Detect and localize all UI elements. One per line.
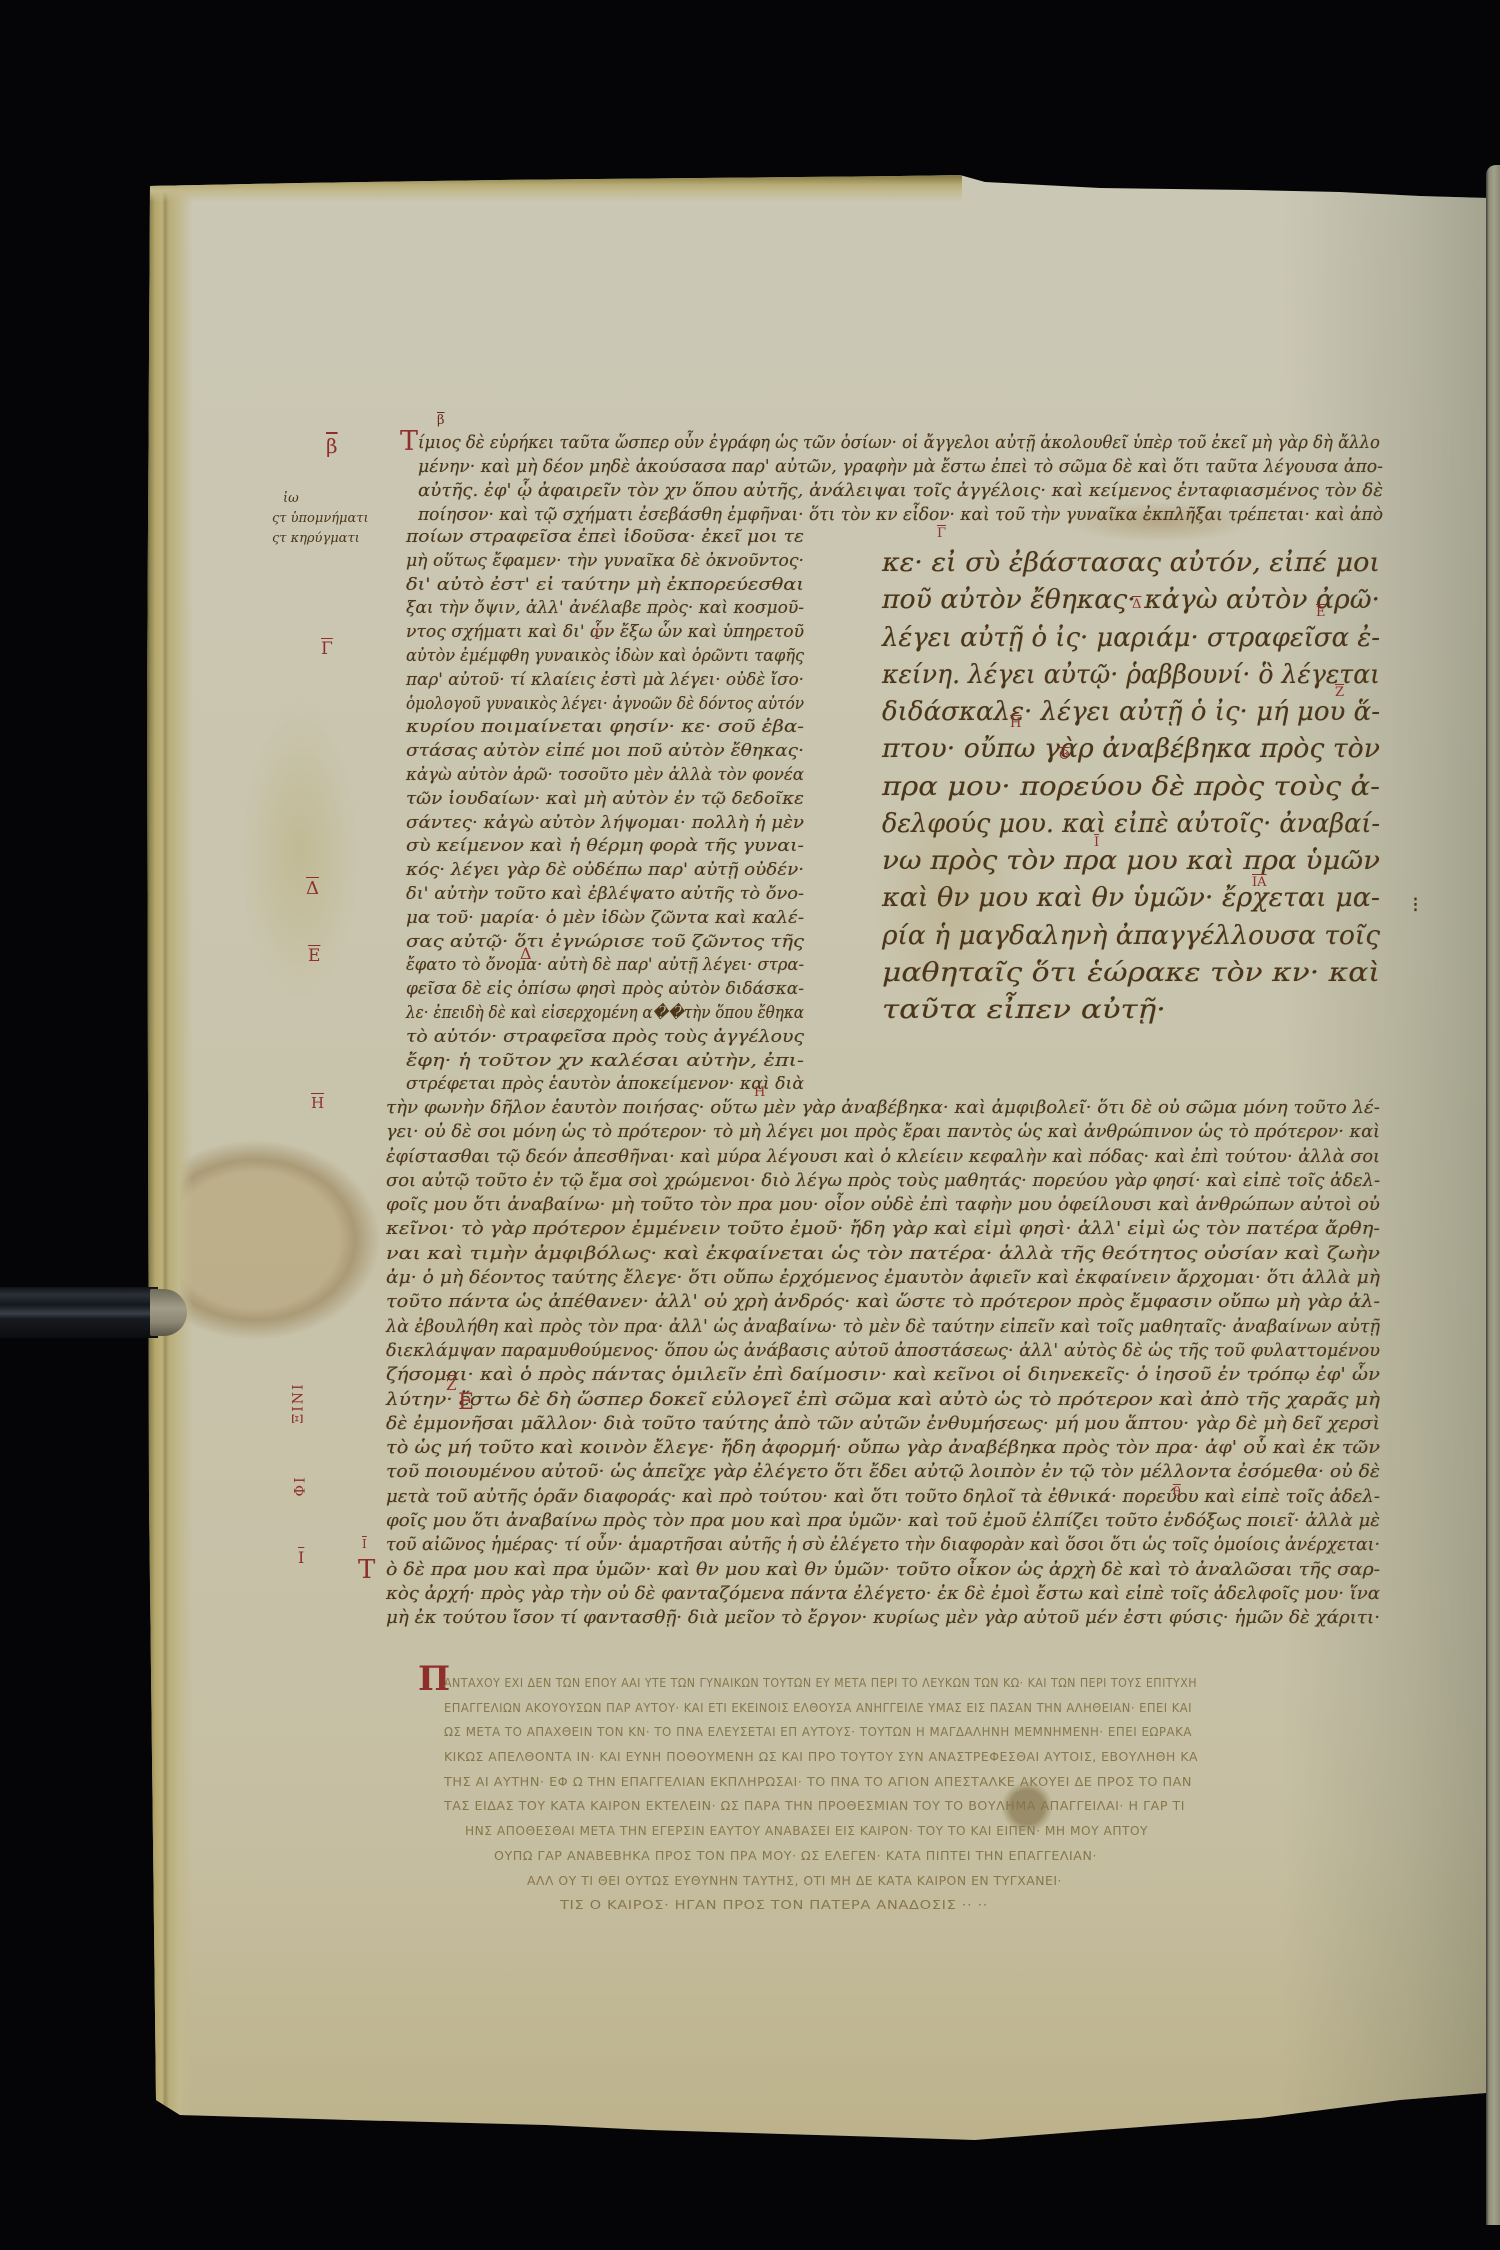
initial-tau-rubric: Τ: [400, 428, 418, 455]
uncial-line: ΕΠΑΓΓΕΛΙΩΝ ΑΚΟΥΟΥΣΩΝ ΠΑΡ ΑΥΤΟΥ· ΚΑΙ ΕΤΙ …: [444, 1696, 1192, 1721]
line-text: μὴ οὕτως ἔφαμεν· τὴν γυναῖκα δὲ ὀκνοῦντο…: [406, 549, 804, 573]
line-text: κε· εἰ σὺ ἐβάστασας αὐτόν, εἰπέ μοι: [882, 545, 1380, 582]
verse-mark: Γ: [937, 527, 946, 540]
text-line: παρ' αὐτοῦ· τί κλαίεις ἐστὶ μὰ λέγει· οὐ…: [406, 668, 804, 692]
margin-vertical-mark: ΞΙΝΙ: [292, 1382, 306, 1423]
line-text: πρα μου· πορεύου δὲ πρὸς τοὺς ἀ-: [882, 769, 1380, 806]
line-text: ποίων στραφεῖσα ἐπεὶ ἰδοῦσα· ἐκεῖ μοι τε: [406, 525, 804, 549]
book-weight-rod: [0, 1287, 158, 1338]
uncial-line: ΤΗΣ ΑΙ ΑΥΤΗΝ· ΕΦ Ω ΤΗΝ ΕΠΑΓΓΕΛΙΑΝ ΕΚΠΛΗΡ…: [444, 1770, 1192, 1795]
text-line: ποίων στραφεῖσα ἐπεὶ ἰδοῦσα· ἐκεῖ μοι τε: [406, 525, 804, 549]
line-text: κεῖνοι· τὸ γὰρ πρότερον ἐμμένειν τοῦτο ἐ…: [386, 1217, 1380, 1241]
line-text: ἔφατο τὸ ὄνομα· αὐτὴ δὲ παρ' αὐτῇ λέγει·…: [406, 953, 804, 977]
line-text: κὸς ἀρχή· πρὸς γὰρ τὴν οὐ δὲ φανταζόμενα…: [386, 1582, 1380, 1606]
line-text: ἔφη· ἡ τοῦτον χν καλέσαι αὐτὴν, ἐπι-: [406, 1049, 804, 1073]
text-line: ντος σχήματι καὶ δι' ὧν ἔξω ὧν καὶ ὑπηρε…: [406, 620, 804, 644]
verse-mark: Ε: [1316, 606, 1326, 619]
line-text: μα τοῦ· μαρία· ὁ μὲν ἰδὼν ζῶντα καὶ καλέ…: [406, 906, 804, 930]
text-line: μα τοῦ· μαρία· ὁ μὲν ἰδὼν ζῶντα καὶ καλέ…: [406, 906, 804, 930]
uncial-line: ΩΣ ΜΕΤΑ ΤΟ ΑΠΑΧΘΕΙΝ ΤΟΝ ΚΝ· ΤΟ ΠΝΑ ΕΛΕΥΣ…: [444, 1720, 1192, 1745]
text-line: τοῦ αἰῶνος ἡμέρας· τί οὖν· ἁμαρτῆσαι αὐτ…: [386, 1533, 1380, 1557]
margin-note-line: ςτ ὑπομνήματι: [272, 512, 369, 525]
line-text: τοῦ ποιουμένου αὐτοῦ· ὡς ἀπεῖχε γὰρ ἐλέγ…: [386, 1460, 1380, 1484]
text-line: ποίησον· καὶ τῷ σχήματι ἐσεβάσθη ἐμφῆναι…: [418, 503, 1383, 527]
text-line: ἔφη· ἡ τοῦτον χν καλέσαι αὐτὴν, ἐπι-: [406, 1049, 804, 1073]
text-line: διεκλάμψαν παραμυθούμενος· ὅπου ὡς ἀνάβα…: [386, 1339, 1380, 1363]
line-text: μετὰ τοῦ αὐτῆς ὁρᾶν διαφοράς· καὶ πρὸ το…: [386, 1485, 1380, 1509]
line-text: δὲ ἐμμονῆσαι μᾶλλον· διὰ τοῦτο ταύτης ἀπ…: [386, 1412, 1380, 1436]
line-text: νω πρὸς τὸν πρα μου καὶ πρα ὑμῶν: [882, 843, 1380, 880]
line-text: ΕΠΑΓΓΕΛΙΩΝ ΑΚΟΥΟΥΣΩΝ ΠΑΡ ΑΥΤΟΥ· ΚΑΙ ΕΤΙ …: [444, 1696, 1192, 1721]
line-text: μαθηταῖς ὅτι ἑώρακε τὸν κν· καὶ: [882, 955, 1380, 992]
line-text: στάσας αὐτὸν εἰπέ μοι ποῦ αὐτὸν ἔθηκας·: [406, 739, 804, 763]
line-text: δι' αὐτὸ ἐστ' εἰ ταύτην μὴ ἐκπορεύεσθαι: [406, 573, 804, 597]
uncial-line: ΑΛΛ ΟΥ ΤΙ ΘΕΙ ΟΥΤΩΣ ΕΥΘΥΝΗΝ ΤΑΥΤΗΣ, ΟΤΙ …: [527, 1869, 1062, 1894]
text-line: δι' αὐτὴν τοῦτο καὶ ἐβλέψατο αὐτῆς τὸ ὄν…: [406, 882, 804, 906]
margin-note-line: ἰω: [283, 492, 299, 505]
initial-tau-lower: Τ: [358, 1557, 375, 1583]
line-text: δελφούς μου. καὶ εἰπὲ αὐτοῖς· ἀναβαί-: [882, 806, 1380, 843]
line-text: φοῖς μου ὅτι ἀναβαίνω πρὸς τὸν πρα μου κ…: [386, 1509, 1380, 1533]
text-line: τοῦ ποιουμένου αὐτοῦ· ὡς ἀπεῖχε γὰρ ἐλέγ…: [386, 1460, 1380, 1484]
text-line: κε· εἰ σὺ ἐβάστασας αὐτόν, εἰπέ μοι: [882, 545, 1380, 582]
line-text: λύτην· ἔστω δὲ δὴ ὥσπερ δοκεῖ εὐλογεῖ ἐπ…: [386, 1388, 1380, 1412]
line-text: ζήσομαι· καὶ ὁ πρὸς πάντας ὁμιλεῖν ἐπὶ δ…: [386, 1363, 1380, 1387]
line-text: ρία ἡ μαγδαληνὴ ἀπαγγέλλουσα τοῖς: [882, 918, 1380, 955]
line-text: κυρίου ποιμαίνεται φησίν· κε· σοῦ ἐβα-: [406, 715, 804, 739]
line-text: ποῦ αὐτὸν ἔθηκας· κἀγὼ αὐτὸν ἀρῶ·: [882, 582, 1380, 619]
text-line: ναι καὶ τιμὴν ἀμφιβόλως· καὶ ἐκφαίνεται …: [386, 1242, 1380, 1266]
line-text: κἀγὼ αὐτὸν ἀρῶ· τοσοῦτο μὲν ἀλλὰ τὸν φον…: [406, 763, 804, 787]
line-text: διδάσκαλε· λέγει αὐτῇ ὁ ἰς· μή μου ἅ-: [882, 694, 1380, 731]
line-text: ΚΙΚΩΣ ΑΠΕΛΘΟΝΤΑ ΙΝ· ΚΑΙ ΕΥΝΗ ΠΟΘΟΥΜΕΝΗ Ω…: [444, 1745, 1198, 1770]
line-text: καὶ θν μου καὶ θν ὑμῶν· ἔρχεται μα-: [882, 880, 1380, 917]
line-text: ΑΝΤΑΧΟΥ ΕΧΙ ΔΕΝ ΤΩΝ ΕΠΟΥ ΑΑΙ ΥΤΕ ΤΩΝ ΓΥΝ…: [444, 1671, 1197, 1696]
line-text: διεκλάμψαν παραμυθούμενος· ὅπου ὡς ἀνάβα…: [386, 1339, 1380, 1363]
line-text: ΗΝΣ ΑΠΟΘΕΣΘΑΙ ΜΕΤΑ ΤΗΝ ΕΓΕΡΣΙΝ ΕΑΥΤΟΥ ΑΝ…: [465, 1819, 1148, 1844]
line-text: τὸ αὐτόν· στραφεῖσα πρὸς τοὺς ἀγγέλους: [406, 1025, 804, 1049]
margin-section-mark-epsilon: Ε: [308, 948, 320, 965]
text-line: κυρίου ποιμαίνεται φησίν· κε· σοῦ ἐβα-: [406, 715, 804, 739]
verse-mark: Η: [1010, 717, 1021, 730]
text-line: λε· ἐπειδὴ δὲ καὶ εἰσερχομένη α��τὴν ὅπο…: [406, 1001, 804, 1025]
line-text: στρέφεται πρὸς ἑαυτὸν ἀποκείμενον· καὶ δ…: [406, 1072, 804, 1096]
text-line: ρία ἡ μαγδαληνὴ ἀπαγγέλλουσα τοῖς: [882, 918, 1380, 955]
text-line: σάντες· κἀγὼ αὐτὸν λήψομαι· πολλὴ ἡ μὲν: [406, 811, 804, 835]
text-line: καὶ θν μου καὶ θν ὑμῶν· ἔρχεται μα-: [882, 880, 1380, 917]
leaf-edge-left: [147, 170, 193, 2130]
line-text: φοῖς μου ὅτι ἀναβαίνω· μὴ τοῦτο τὸν πρα …: [386, 1193, 1380, 1217]
text-line: λὰ ἐβουλήθη καὶ πρὸς τὸν πρα· ἀλλ' ὡς ἀν…: [386, 1315, 1380, 1339]
right-margin-mark: ⁝: [1412, 895, 1419, 917]
inline-rubric-theta: θ: [1173, 1486, 1181, 1499]
text-line: φεῖσα δὲ εἰς ὀπίσω φησὶ πρὸς αὐτὸν διδάσ…: [406, 977, 804, 1001]
margin-section-mark-delta: Δ: [306, 880, 319, 898]
inline-rubric-gamma: Γ: [594, 628, 604, 642]
text-line: πτου· οὔπω γὰρ ἀναβέβηκα πρὸς τὸν: [882, 731, 1380, 768]
text-line: τῶν ἰουδαίων· καὶ μὴ αὐτὸν ἐν τῷ δεδοῖκε: [406, 787, 804, 811]
commentary-lower-block: τὴν φωνὴν δῆλον ἑαυτὸν ποιήσας· οὕτω μὲν…: [386, 1096, 1380, 1631]
line-text: ΟΥΠΩ ΓΑΡ ΑΝΑΒΕΒΗΚΑ ΠΡΟΣ ΤΟΝ ΠΡΑ ΜΟΥ· ΩΣ …: [494, 1844, 1097, 1869]
line-text: σὺ κείμενον καὶ ἡ θέρμη φορὰ τῆς γυναι-: [406, 834, 804, 858]
commentary-top-block: ίμιος δὲ εὑρήκει ταῦτα ὥσπερ οὖν ἐγράφη …: [418, 431, 1383, 527]
text-line: πρα μου· πορεύου δὲ πρὸς τοὺς ἀ-: [882, 769, 1380, 806]
line-text: ταῦτα εἶπεν αὐτῇ·: [882, 992, 1166, 1029]
line-text: μὴ ἐκ τούτου ἴσον τί φαντασθῇ· διὰ μεῖον…: [386, 1606, 1380, 1630]
inline-rubric-epsilon: Ε: [458, 1392, 474, 1414]
line-text: ναι καὶ τιμὴν ἀμφιβόλως· καὶ ἐκφαίνεται …: [386, 1242, 1380, 1266]
text-line: σοι αὐτῷ τοῦτο ἐν τῷ ἔμα σοὶ χρώμενοι· δ…: [386, 1169, 1380, 1193]
uncial-line: ΤΑΣ ΕΙΔΑΣ ΤΟΥ ΚΑΤΑ ΚΑΙΡΟΝ ΕΚΤΕΛΕΙΝ· ΩΣ Π…: [444, 1794, 1185, 1819]
text-line: σὺ κείμενον καὶ ἡ θέρμη φορὰ τῆς γυναι-: [406, 834, 804, 858]
text-line: τοῦτο πάντα ὡς ἀπέθανεν· ἀλλ' οὐ χρὴ ἀνδ…: [386, 1290, 1380, 1314]
uncial-line: ΑΝΤΑΧΟΥ ΕΧΙ ΔΕΝ ΤΩΝ ΕΠΟΥ ΑΑΙ ΥΤΕ ΤΩΝ ΓΥΝ…: [444, 1671, 1197, 1696]
line-text: ίμιος δὲ εὑρήκει ταῦτα ὥσπερ οὖν ἐγράφη …: [418, 431, 1380, 455]
line-text: γει· οὐ δὲ σοι μόνη ὡς τὸ πρότερον· τὸ μ…: [386, 1120, 1380, 1144]
next-leaf-edge: [1486, 165, 1500, 2225]
line-text: ποίησον· καὶ τῷ σχήματι ἐσεβάσθη ἐμφῆναι…: [418, 503, 1383, 527]
line-text: κείνη. λέγει αὐτῷ· ῥαββουνί· ὃ λέγεται: [882, 657, 1380, 694]
line-text: πτου· οὔπω γὰρ ἀναβέβηκα πρὸς τὸν: [882, 731, 1380, 768]
line-text: τοῦτο πάντα ὡς ἀπέθανεν· ἀλλ' οὐ χρὴ ἀνδ…: [386, 1290, 1380, 1314]
text-line: λέγει αὐτῇ ὁ ἰς· μαριάμ· στραφεῖσα ἐ-: [882, 620, 1380, 657]
manuscript-photograph: β ἰω ςτ ὑπομνήματι ςτ κηρύγματι Γ Δ Ε Η …: [0, 0, 1500, 2250]
text-line: ζήσομαι· καὶ ὁ πρὸς πάντας ὁμιλεῖν ἐπὶ δ…: [386, 1363, 1380, 1387]
line-text: τὸ ὡς μή τοῦτο καὶ κοινὸν ἔλεγε· ἤδη ἀφο…: [386, 1436, 1380, 1460]
inline-rubric-delta: Δ: [520, 946, 532, 962]
text-line: κός· λέγει γὰρ δὲ οὐδέπω παρ' αὐτῇ οὐδέν…: [406, 858, 804, 882]
text-line: δι' αὐτὸ ἐστ' εἰ ταύτην μὴ ἐκπορεύεσθαι: [406, 573, 804, 597]
text-line: ὁμολογοῦ γυναικὸς λέγει· ἀγνοῶν δὲ δόντο…: [406, 692, 804, 716]
text-line: φοῖς μου ὅτι ἀναβαίνω· μὴ τοῦτο τὸν πρα …: [386, 1193, 1380, 1217]
leaf-edge-top: [147, 172, 962, 202]
text-line: ἀμ· ὁ μὴ δέοντος ταύτης ἔλεγε· ὅτι οὔπω …: [386, 1266, 1380, 1290]
line-text: σας αὐτῷ· ὅτι ἐγνώρισε τοῦ ζῶντος τῆς: [406, 930, 804, 954]
text-line: ξαι τὴν ὄψιν, ἀλλ' ἀνέλαβε πρὸς· καὶ κοσ…: [406, 596, 804, 620]
margin-section-mark-eta: Η: [311, 1096, 324, 1111]
line-text: κός· λέγει γὰρ δὲ οὐδέπω παρ' αὐτῇ οὐδέν…: [406, 858, 804, 882]
text-line: νω πρὸς τὸν πρα μου καὶ πρα ὑμῶν: [882, 843, 1380, 880]
line-text: ἀμ· ὁ μὴ δέοντος ταύτης ἔλεγε· ὅτι οὔπω …: [386, 1266, 1380, 1290]
text-line: μαθηταῖς ὅτι ἑώρακε τὸν κν· καὶ: [882, 955, 1380, 992]
text-line: μὴ οὕτως ἔφαμεν· τὴν γυναῖκα δὲ ὀκνοῦντο…: [406, 549, 804, 573]
margin-section-mark-iota: Ι: [298, 1550, 304, 1566]
text-line: δελφούς μου. καὶ εἰπὲ αὐτοῖς· ἀναβαί-: [882, 806, 1380, 843]
line-text: δι' αὐτὴν τοῦτο καὶ ἐβλέψατο αὐτῆς τὸ ὄν…: [406, 882, 804, 906]
line-text: φεῖσα δὲ εἰς ὀπίσω φησὶ πρὸς αὐτὸν διδάσ…: [406, 977, 804, 1001]
verse-mark: Δ: [1132, 598, 1141, 611]
verse-mark: Ζ: [1335, 686, 1344, 699]
text-line: κείνη. λέγει αὐτῷ· ῥαββουνί· ὃ λέγεται: [882, 657, 1380, 694]
text-line: γει· οὐ δὲ σοι μόνη ὡς τὸ πρότερον· τὸ μ…: [386, 1120, 1380, 1144]
text-line: ποῦ αὐτὸν ἔθηκας· κἀγὼ αὐτὸν ἀρῶ·: [882, 582, 1380, 619]
line-text: λε· ἐπειδὴ δὲ καὶ εἰσερχομένη α��τὴν ὅπο…: [406, 1001, 804, 1025]
uncial-line: ΚΙΚΩΣ ΑΠΕΛΘΟΝΤΑ ΙΝ· ΚΑΙ ΕΥΝΗ ΠΟΘΟΥΜΕΝΗ Ω…: [444, 1745, 1198, 1770]
verse-mark: Θ: [1059, 749, 1070, 762]
text-line: τὴν φωνὴν δῆλον ἑαυτὸν ποιήσας· οὕτω μὲν…: [386, 1096, 1380, 1120]
text-line: στρέφεται πρὸς ἑαυτὸν ἀποκείμενον· καὶ δ…: [406, 1072, 804, 1096]
line-text: ΤΙΣ Ο ΚΑΙΡΟΣ· ΗΓΑΝ ΠΡΟΣ ΤΟΝ ΠΑΤΕΡΑ ΑΝΑΔΟ…: [560, 1893, 988, 1918]
text-line: φοῖς μου ὅτι ἀναβαίνω πρὸς τὸν πρα μου κ…: [386, 1509, 1380, 1533]
inline-rubric-iota: Ι: [362, 1538, 367, 1550]
text-line: τὸ ὡς μή τοῦτο καὶ κοινὸν ἔλεγε· ἤδη ἀφο…: [386, 1436, 1380, 1460]
uncial-line: ΤΙΣ Ο ΚΑΙΡΟΣ· ΗΓΑΝ ΠΡΟΣ ΤΟΝ ΠΑΤΕΡΑ ΑΝΑΔΟ…: [560, 1893, 988, 1918]
text-line: στάσας αὐτὸν εἰπέ μοι ποῦ αὐτὸν ἔθηκας·: [406, 739, 804, 763]
line-text: ΤΑΣ ΕΙΔΑΣ ΤΟΥ ΚΑΤΑ ΚΑΙΡΟΝ ΕΚΤΕΛΕΙΝ· ΩΣ Π…: [444, 1794, 1185, 1819]
line-text: σάντες· κἀγὼ αὐτὸν λήψομαι· πολλὴ ἡ μὲν: [406, 811, 804, 835]
text-line: κεῖνοι· τὸ γὰρ πρότερον ἐμμένειν τοῦτο ἐ…: [386, 1217, 1380, 1241]
line-text: αὐτῆς. ἐφ' ᾧ ἀφαιρεῖν τὸν χν ὅπου αὐτῆς,…: [418, 479, 1383, 503]
text-line: αὐτὸν ἐμέμφθη γυναικὸς ἰδὼν καὶ ὁρῶντι τ…: [406, 644, 804, 668]
text-line: μετὰ τοῦ αὐτῆς ὁρᾶν διαφοράς· καὶ πρὸ το…: [386, 1485, 1380, 1509]
gospel-text-column: κε· εἰ σὺ ἐβάστασας αὐτόν, εἰπέ μοι ποῦ …: [882, 545, 1380, 1029]
margin-section-mark-beta: β: [326, 436, 338, 456]
text-line: ἔφατο τὸ ὄνομα· αὐτὴ δὲ παρ' αὐτῇ λέγει·…: [406, 953, 804, 977]
verse-mark: Ι: [1094, 836, 1099, 849]
line-text: ΩΣ ΜΕΤΑ ΤΟ ΑΠΑΧΘΕΙΝ ΤΟΝ ΚΝ· ΤΟ ΠΝΑ ΕΛΕΥΣ…: [444, 1720, 1192, 1745]
line-text: ἐφίστασθαι τῷ δεόν ἀπεσθῆναι· καὶ μύρα λ…: [386, 1145, 1380, 1169]
commentary-left-column: ποίων στραφεῖσα ἐπεὶ ἰδοῦσα· ἐκεῖ μοι τε…: [406, 525, 804, 1096]
text-line: ταῦτα εἶπεν αὐτῇ·: [882, 992, 1166, 1029]
line-text: ὸ δὲ πρα μου καὶ πρα ὑμῶν· καὶ θν μου κα…: [386, 1558, 1380, 1582]
line-text: σοι αὐτῷ τοῦτο ἐν τῷ ἔμα σοὶ χρώμενοι· δ…: [386, 1169, 1380, 1193]
line-text: τῶν ἰουδαίων· καὶ μὴ αὐτὸν ἐν τῷ δεδοῖκε: [406, 787, 804, 811]
line-text: τοῦ αἰῶνος ἡμέρας· τί οὖν· ἁμαρτῆσαι αὐτ…: [386, 1533, 1380, 1557]
text-line: κἀγὼ αὐτὸν ἀρῶ· τοσοῦτο μὲν ἀλλὰ τὸν φον…: [406, 763, 804, 787]
text-line: ὸ δὲ πρα μου καὶ πρα ὑμῶν· καὶ θν μου κα…: [386, 1558, 1380, 1582]
margin-section-mark-gamma: Γ: [321, 641, 333, 658]
line-text: λὰ ἐβουλήθη καὶ πρὸς τὸν πρα· ἀλλ' ὡς ἀν…: [386, 1315, 1380, 1339]
uncial-line: ΟΥΠΩ ΓΑΡ ΑΝΑΒΕΒΗΚΑ ΠΡΟΣ ΤΟΝ ΠΡΑ ΜΟΥ· ΩΣ …: [494, 1844, 1097, 1869]
line-text: λέγει αὐτῇ ὁ ἰς· μαριάμ· στραφεῖσα ἐ-: [882, 620, 1380, 657]
text-line: αὐτῆς. ἐφ' ᾧ ἀφαιρεῖν τὸν χν ὅπου αὐτῆς,…: [418, 479, 1383, 503]
text-line: ἐφίστασθαι τῷ δεόν ἀπεσθῆναι· καὶ μύρα λ…: [386, 1145, 1380, 1169]
line-text: μένην· καὶ μὴ δέον μηδὲ ἀκούσασα παρ' αὐ…: [418, 455, 1383, 479]
line-text: τὴν φωνὴν δῆλον ἑαυτὸν ποιήσας· οὕτω μὲν…: [386, 1096, 1380, 1120]
text-line: σας αὐτῷ· ὅτι ἐγνώρισε τοῦ ζῶντος τῆς: [406, 930, 804, 954]
text-line: διδάσκαλε· λέγει αὐτῇ ὁ ἰς· μή μου ἅ-: [882, 694, 1380, 731]
line-text: ντος σχήματι καὶ δι' ὧν ἔξω ὧν καὶ ὑπηρε…: [406, 620, 804, 644]
text-line: λύτην· ἔστω δὲ δὴ ὥσπερ δοκεῖ εὐλογεῖ ἐπ…: [386, 1388, 1380, 1412]
uncial-line: ΗΝΣ ΑΠΟΘΕΣΘΑΙ ΜΕΤΑ ΤΗΝ ΕΓΕΡΣΙΝ ΕΑΥΤΟΥ ΑΝ…: [465, 1819, 1148, 1844]
line-text: ὁμολογοῦ γυναικὸς λέγει· ἀγνοῶν δὲ δόντο…: [406, 692, 804, 716]
inline-rubric-zeta: Ζ: [446, 1378, 456, 1393]
uncial-scholion-block: ΑΝΤΑΧΟΥ ΕΧΙ ΔΕΝ ΤΩΝ ΕΠΟΥ ΑΑΙ ΥΤΕ ΤΩΝ ΓΥΝ…: [444, 1671, 1198, 1918]
line-text: αὐτὸν ἐμέμφθη γυναικὸς ἰδὼν καὶ ὁρῶντι τ…: [406, 644, 804, 668]
margin-note-line: ςτ κηρύγματι: [272, 532, 360, 545]
line-text: ξαι τὴν ὄψιν, ἀλλ' ἀνέλαβε πρὸς· καὶ κοσ…: [406, 596, 804, 620]
verse-mark: ΙΑ: [1252, 876, 1267, 889]
line-text: ΑΛΛ ΟΥ ΤΙ ΘΕΙ ΟΥΤΩΣ ΕΥΘΥΝΗΝ ΤΑΥΤΗΣ, ΟΤΙ …: [527, 1869, 1062, 1894]
text-line: μένην· καὶ μὴ δέον μηδὲ ἀκούσασα παρ' αὐ…: [418, 455, 1383, 479]
line-text: ΤΗΣ ΑΙ ΑΥΤΗΝ· ΕΦ Ω ΤΗΝ ΕΠΑΓΓΕΛΙΑΝ ΕΚΠΛΗΡ…: [444, 1770, 1192, 1795]
text-line: μὴ ἐκ τούτου ἴσον τί φαντασθῇ· διὰ μεῖον…: [386, 1606, 1380, 1630]
margin-vertical-mark: ΦΙ: [294, 1475, 308, 1496]
text-line: τὸ αὐτόν· στραφεῖσα πρὸς τοὺς ἀγγέλους: [406, 1025, 804, 1049]
initial-superscript-beta: β: [437, 414, 445, 427]
line-text: παρ' αὐτοῦ· τί κλαίεις ἐστὶ μὰ λέγει· οὐ…: [406, 668, 804, 692]
text-line: ίμιος δὲ εὑρήκει ταῦτα ὥσπερ οὖν ἐγράφη …: [418, 431, 1380, 455]
text-line: κὸς ἀρχή· πρὸς γὰρ τὴν οὐ δὲ φανταζόμενα…: [386, 1582, 1380, 1606]
text-line: δὲ ἐμμονῆσαι μᾶλλον· διὰ τοῦτο ταύτης ἀπ…: [386, 1412, 1380, 1436]
